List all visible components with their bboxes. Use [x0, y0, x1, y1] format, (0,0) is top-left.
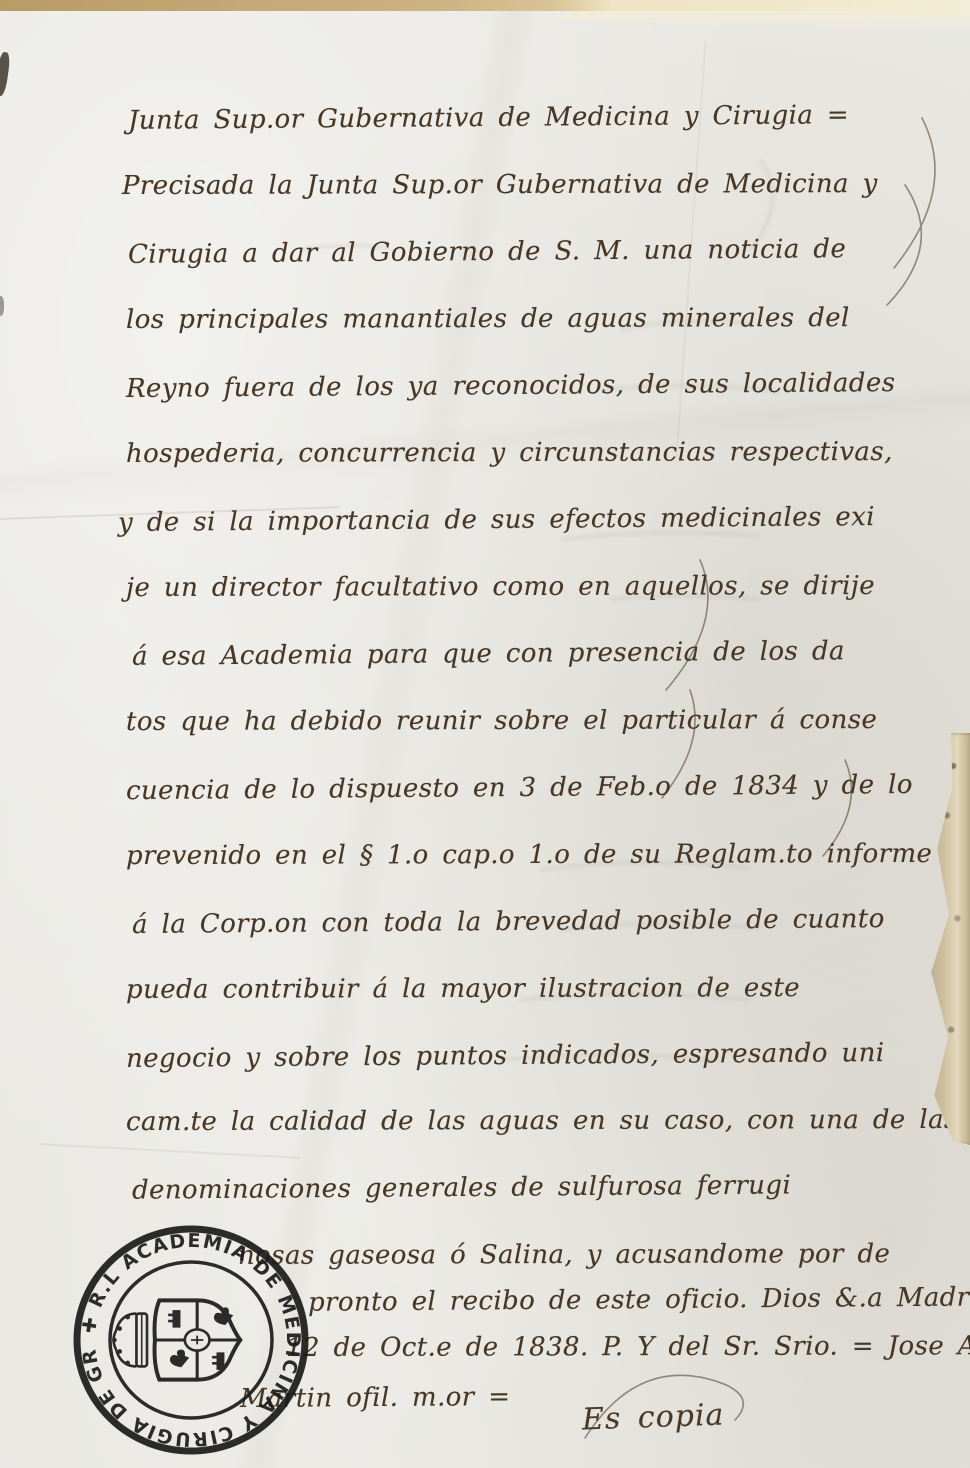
manuscript-line: Precisada la Junta Sup.or Gubernativa de…: [122, 169, 878, 201]
seal-emblem-crowned-shield: [112, 1300, 240, 1379]
manuscript-line: nosas gaseosa ó Salina, y acusandome por…: [238, 1239, 890, 1271]
manuscript-line: 12 de Oct.e de 1838. P. Y del Sr. Srio. …: [286, 1331, 970, 1363]
manuscript-line: denominaciones generales de sulfurosa fe…: [132, 1170, 791, 1205]
manuscript-line: tos que ha debido reunir sobre el partic…: [126, 705, 877, 737]
manuscript-line: prevenido en el § 1.o cap.o 1.o de su Re…: [126, 839, 932, 871]
manuscript-line: hospederia, concurrencia y circunstancia…: [126, 437, 893, 469]
crown: [112, 1314, 147, 1367]
manuscript-line: Cirugia a dar al Gobierno de S. M. una n…: [128, 234, 846, 270]
manuscript-line: Junta Sup.or Gubernativa de Medicina y C…: [128, 100, 849, 136]
closing-note: Es copia: [581, 1398, 725, 1438]
castle-charge: [168, 1310, 180, 1328]
academy-seal-stamp: ✚ R.L ACADEMIA DE MEDICINA Y CIRUGIA DE …: [58, 1212, 328, 1468]
manuscript-line: je un director facultativo como en aquel…: [126, 571, 875, 603]
manuscript-line: á esa Academia para que con presencia de…: [132, 636, 845, 672]
manuscript-line: pronto el recibo de este oficio. Dios &.…: [308, 1282, 970, 1317]
manuscript-line: cuencia de lo dispuesto en 3 de Feb.o de…: [126, 770, 913, 806]
manuscript-line: los principales manantiales de aguas min…: [126, 303, 850, 335]
manuscript-line: pueda contribuir á la mayor ilustracion …: [126, 973, 800, 1005]
manuscript-line: Reyno fuera de los ya reconocidos, de su…: [126, 368, 896, 404]
manuscript-line: cam.te la calidad de las aguas en su cas…: [126, 1105, 958, 1137]
seal-ring-text: ✚ R.L ACADEMIA DE MEDICINA Y CIRUGIA DE …: [58, 1212, 304, 1450]
manuscript-page: Junta Sup.or Gubernativa de Medicina y C…: [0, 0, 970, 1468]
manuscript-line: á la Corp.on con toda la brevedad posibl…: [132, 904, 885, 940]
castle-charge: [212, 1352, 224, 1370]
manuscript-line: negocio y sobre los puntos indicados, es…: [126, 1038, 885, 1074]
scan-edge-top: [0, 0, 970, 11]
lion-charge: [170, 1350, 189, 1368]
manuscript-line: y de si la importancia de sus efectos me…: [118, 502, 875, 538]
